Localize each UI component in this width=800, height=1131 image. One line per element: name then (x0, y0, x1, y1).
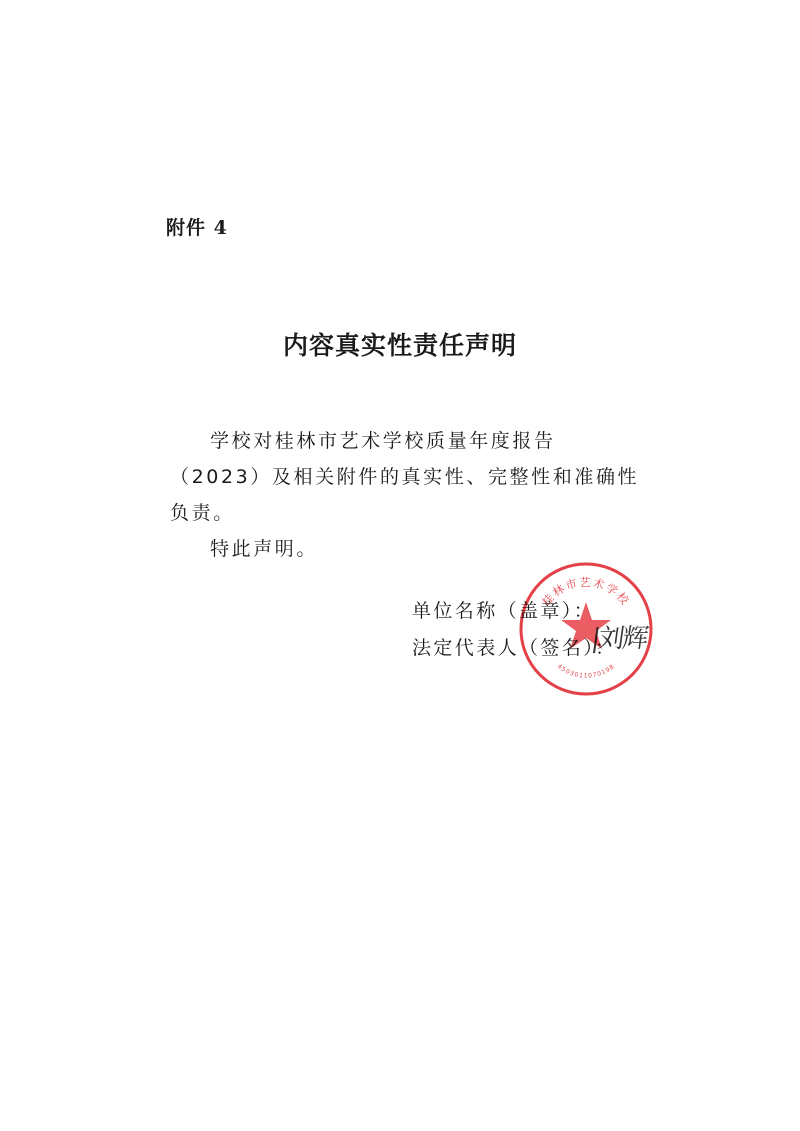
official-seal-icon: 桂林市艺术学校 4503011070198 (516, 560, 656, 698)
document-title: 内容真实性责任声明 (0, 326, 800, 362)
svg-text:4503011070198: 4503011070198 (556, 663, 616, 680)
attachment-label: 附件 4 (166, 213, 228, 240)
statement-paragraph: 学校对桂林市艺术学校质量年度报告（2023）及相关附件的真实性、完整性和准确性负… (170, 423, 640, 531)
statement-body: 学校对桂林市艺术学校质量年度报告（2023）及相关附件的真实性、完整性和准确性负… (170, 423, 640, 567)
seal-number-text: 4503011070198 (556, 663, 616, 680)
document-page: 附件 4 内容真实性责任声明 学校对桂林市艺术学校质量年度报告（2023）及相关… (0, 0, 800, 1131)
